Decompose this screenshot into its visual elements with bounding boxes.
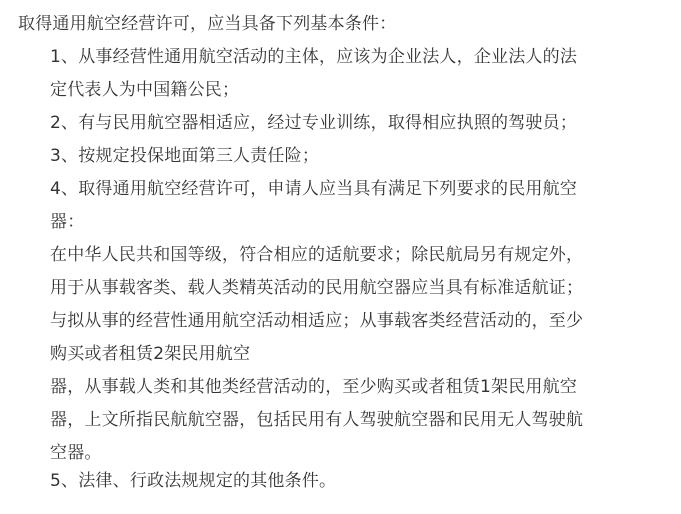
condition-4-detail-line-1: 在中华人民共和国等级，符合相应的适航要求；除民航局另有规定外， — [50, 244, 583, 266]
condition-4-line-1: 4、取得通用航空经营许可，申请人应当具有满足下列要求的民用航空 — [50, 178, 577, 200]
condition-4-detail-line-5: 器，从事载人类和其他类经营活动的，至少购买或者租赁1架民用航空 — [50, 376, 577, 398]
condition-4-line-2: 器： — [50, 211, 84, 233]
condition-1-line-1: 1、从事经营性通用航空活动的主体，应该为企业法人，企业法人的法 — [50, 46, 577, 68]
condition-4-detail-line-7: 空器。 — [50, 442, 102, 464]
condition-5: 5、法律、行政法规规定的其他条件。 — [50, 470, 336, 492]
condition-4-detail-line-2: 用于从事载客类、载人类精英活动的民用航空器应当具有标准适航证； — [50, 277, 583, 299]
condition-4-detail-line-4: 购买或者租赁2架民用航空 — [50, 343, 250, 365]
condition-2: 2、有与民用航空器相适应，经过专业训练，取得相应执照的驾驶员； — [50, 112, 577, 134]
intro-heading: 取得通用航空经营许可，应当具备下列基本条件： — [18, 13, 396, 35]
condition-1-line-2: 定代表人为中国籍公民； — [50, 79, 239, 101]
condition-4-detail-line-6: 器，上文所指民航航空器，包括民用有人驾驶航空器和民用无人驾驶航 — [50, 409, 583, 431]
condition-4-detail-line-3: 与拟从事的经营性通用航空活动相适应；从事载客类经营活动的，至少 — [50, 310, 583, 332]
condition-3: 3、按规定投保地面第三人责任险； — [50, 145, 319, 167]
